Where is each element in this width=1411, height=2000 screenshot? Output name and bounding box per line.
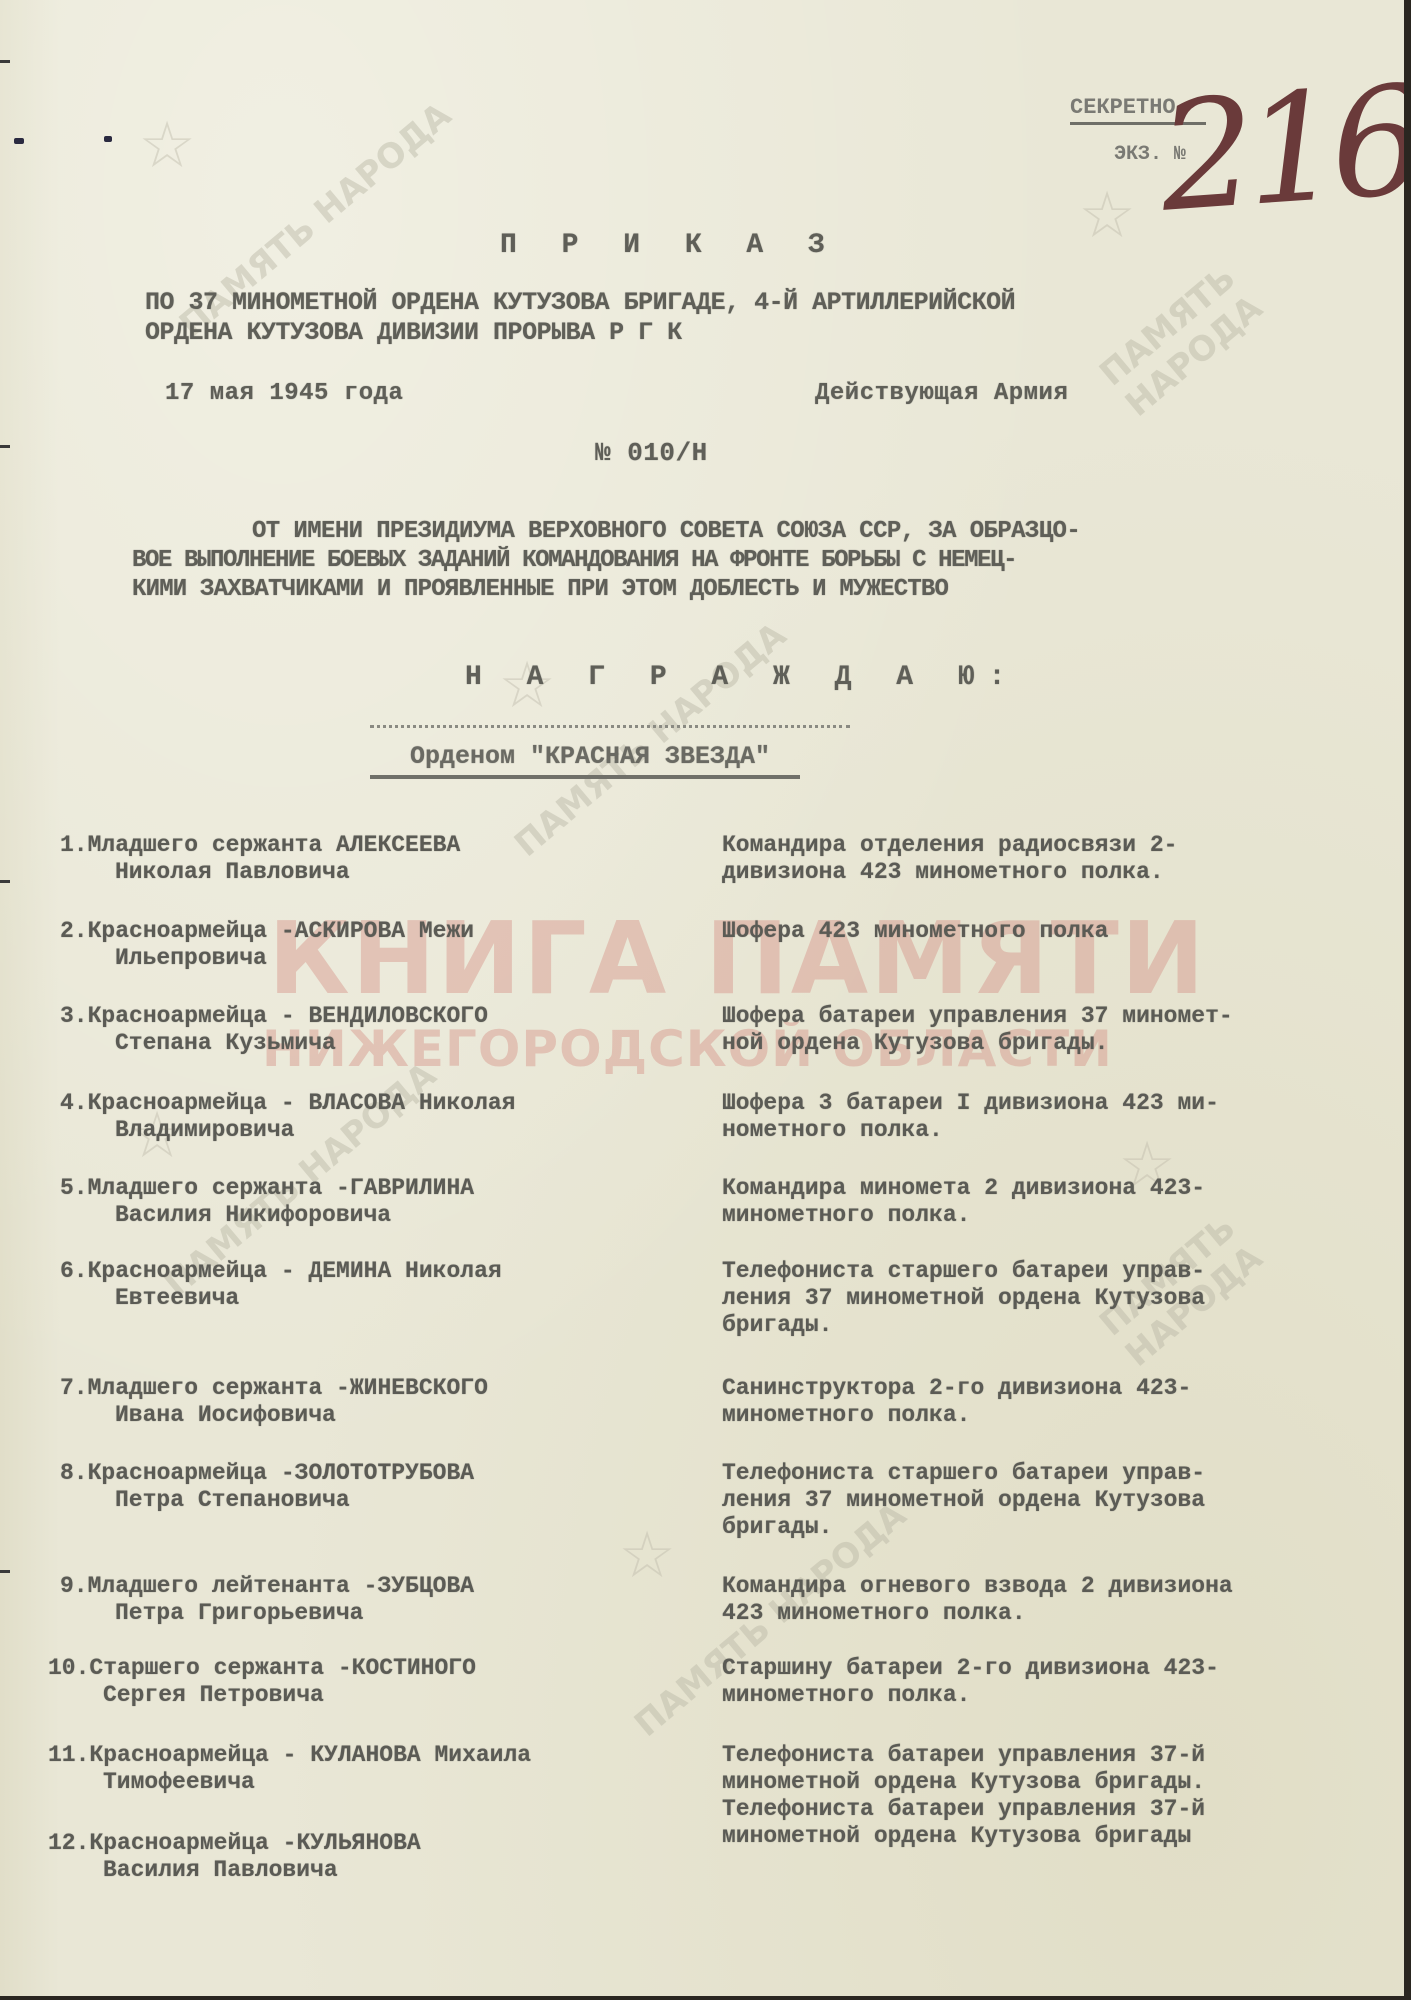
recipient-given-names: Ильепровича xyxy=(60,945,700,972)
position-line: Командира отделения радиосвязи 2- xyxy=(722,832,1392,859)
position-line: Телефониста старшего батареи управ- xyxy=(722,1258,1392,1285)
recipient-given-names: Петра Григорьевича xyxy=(60,1600,700,1627)
recipient-position: Командира отделения радиосвязи 2- дивизи… xyxy=(722,832,1392,886)
preamble-line-1: ОТ ИМЕНИ ПРЕЗИДИУМА ВЕРХОВНОГО СОВЕТА СО… xyxy=(252,518,1080,545)
position-line: ления 37 минометной ордена Кутузова xyxy=(722,1487,1392,1514)
recipient-given-names: Ивана Иосифовича xyxy=(60,1402,700,1429)
recipient-rank-name: 5.Младшего сержанта -ГАВРИЛИНА xyxy=(60,1175,700,1202)
recipient-entry: 3.Красноармейца - ВЕНДИЛОВСКОГО Степана … xyxy=(60,1003,700,1057)
recipient-rank-name: 11.Красноармейца - КУЛАНОВА Михаила xyxy=(48,1742,688,1769)
position-line: минометной ордена Кутузова бригады xyxy=(722,1823,1392,1850)
position-line: Шофера 423 минометного полка xyxy=(722,918,1392,945)
position-line: минометного полка. xyxy=(722,1202,1392,1229)
recipient-position: Командира миномета 2 дивизиона 423- мино… xyxy=(722,1175,1392,1229)
position-line: дивизиона 423 минометного полка. xyxy=(722,859,1392,886)
recipient-rank-name: 10.Старшего сержанта -КОСТИНОГО xyxy=(48,1655,688,1682)
recipient-rank-name: 4.Красноармейца - ВЛАСОВА Николая xyxy=(60,1090,700,1117)
award-heading: Н А Г Р А Ж Д А Ю: xyxy=(465,662,1019,693)
recipient-position: Шофера 423 минометного полка xyxy=(722,918,1392,945)
position-line: минометного полка. xyxy=(722,1402,1392,1429)
recipient-rank-name: 6.Красноармейца - ДЕМИНА Николая xyxy=(60,1258,700,1285)
recipient-entry: 10.Старшего сержанта -КОСТИНОГО Сергея П… xyxy=(48,1655,688,1709)
dotted-divider xyxy=(370,725,850,728)
recipient-rank-name: 1.Младшего сержанта АЛЕКСЕЕВА xyxy=(60,832,700,859)
position-line: Телефониста батареи управления 37-й xyxy=(722,1742,1392,1769)
recipient-entry: 2.Красноармейца -АСКИРОВА Межи Ильепрови… xyxy=(60,918,700,972)
star-watermark-icon: ☆ xyxy=(140,100,230,190)
recipient-given-names: Николая Павловича xyxy=(60,859,700,886)
recipient-rank-name: 9.Младшего лейтенанта -ЗУБЦОВА xyxy=(60,1573,700,1600)
recipient-entry: 9.Младшего лейтенанта -ЗУБЦОВА Петра Гри… xyxy=(60,1573,700,1627)
order-number: № 010/Н xyxy=(595,438,708,468)
position-line: Командира огневого взвода 2 дивизиона xyxy=(722,1573,1392,1600)
recipient-entry: 7.Младшего сержанта -ЖИНЕВСКОГО Ивана Ио… xyxy=(60,1375,700,1429)
star-watermark-icon: ☆ xyxy=(1080,170,1170,260)
recipient-rank-name: 8.Красноармейца -ЗОЛОТОТРУБОВА xyxy=(60,1460,700,1487)
document-title: П Р И К А З xyxy=(500,230,839,261)
position-line: бригады. xyxy=(722,1312,1392,1339)
recipient-given-names: Сергея Петровича xyxy=(48,1682,688,1709)
position-line: 423 минометного полка. xyxy=(722,1600,1392,1627)
recipient-position: Шофера батареи управления 37 миномет- но… xyxy=(722,1003,1392,1057)
position-line: Шофера батареи управления 37 миномет- xyxy=(722,1003,1392,1030)
position-line: Старшину батареи 2-го дивизиона 423- xyxy=(722,1655,1392,1682)
order-of-red-star-heading: Орденом "КРАСНАЯ ЗВЕЗДА" xyxy=(370,742,800,779)
recipient-position: Старшину батареи 2-го дивизиона 423- мин… xyxy=(722,1655,1392,1709)
recipient-given-names: Петра Степановича xyxy=(60,1487,700,1514)
organization-line-2: ОРДЕНА КУТУЗОВА ДИВИЗИИ ПРОРЫВА Р Г К xyxy=(145,318,682,347)
recipient-entry: 5.Младшего сержанта -ГАВРИЛИНА Василия Н… xyxy=(60,1175,700,1229)
recipient-given-names: Евтеевича xyxy=(60,1285,700,1312)
recipient-rank-name: 2.Красноармейца -АСКИРОВА Межи xyxy=(60,918,700,945)
position-line: ления 37 минометной ордена Кутузова xyxy=(722,1285,1392,1312)
recipient-position: Шофера 3 батареи I дивизиона 423 ми- ном… xyxy=(722,1090,1392,1144)
recipient-position: Санинструктора 2-го дивизиона 423- мином… xyxy=(722,1375,1392,1429)
recipient-rank-name: 3.Красноармейца - ВЕНДИЛОВСКОГО xyxy=(60,1003,700,1030)
position-line: Шофера 3 батареи I дивизиона 423 ми- xyxy=(722,1090,1392,1117)
position-line: нометного полка. xyxy=(722,1117,1392,1144)
position-line: Санинструктора 2-го дивизиона 423- xyxy=(722,1375,1392,1402)
edge-mark xyxy=(0,880,10,883)
recipient-position: Командира огневого взвода 2 дивизиона 42… xyxy=(722,1573,1392,1627)
position-line: Командира миномета 2 дивизиона 423- xyxy=(722,1175,1392,1202)
document-page: ☆ ПАМЯТЬ НАРОДА ☆ ПАМЯТЬ НАРОДА ☆ ПАМЯТЬ… xyxy=(0,0,1404,1996)
edge-mark xyxy=(0,1570,10,1573)
order-location: Действующая Армия xyxy=(815,380,1068,407)
recipient-entry: 1.Младшего сержанта АЛЕКСЕЕВА Николая Па… xyxy=(60,832,700,886)
recipient-entry: 11.Красноармейца - КУЛАНОВА Михаила Тимо… xyxy=(48,1742,688,1796)
recipient-entry: 8.Красноармейца -ЗОЛОТОТРУБОВА Петра Сте… xyxy=(60,1460,700,1514)
recipient-given-names: Василия Павловича xyxy=(48,1857,688,1884)
recipient-position: Телефониста старшего батареи управ- лени… xyxy=(722,1460,1392,1541)
position-line: Телефониста батареи управления 37-й xyxy=(722,1796,1392,1823)
position-line: Телефониста старшего батареи управ- xyxy=(722,1460,1392,1487)
position-line: минометного полка. xyxy=(722,1682,1392,1709)
preamble-line-2: ВОЕ ВЫПОЛНЕНИЕ БОЕВЫХ ЗАДАНИЙ КОМАНДОВАН… xyxy=(132,547,1016,574)
organization-line-1: ПО 37 МИНОМЕТНОЙ ОРДЕНА КУТУЗОВА БРИГАДЕ… xyxy=(145,288,1015,317)
recipient-rank-name: 12.Красноармейца -КУЛЬЯНОВА xyxy=(48,1830,688,1857)
recipient-given-names: Тимофеевича xyxy=(48,1769,688,1796)
recipient-given-names: Василия Никифоровича xyxy=(60,1202,700,1229)
recipient-position: Телефониста старшего батареи управ- лени… xyxy=(722,1258,1392,1339)
recipient-position: Телефониста батареи управления 37-й мино… xyxy=(722,1742,1392,1850)
recipient-given-names: Степана Кузьмича xyxy=(60,1030,700,1057)
handwritten-number: 216 xyxy=(1155,66,1404,234)
preamble-line-3: КИМИ ЗАХВАТЧИКАМИ И ПРОЯВЛЕННЫЕ ПРИ ЭТОМ… xyxy=(132,576,948,603)
recipient-entry: 12.Красноармейца -КУЛЬЯНОВА Василия Павл… xyxy=(48,1830,688,1884)
punch-hole-mark xyxy=(14,138,24,144)
position-line: бригады. xyxy=(722,1514,1392,1541)
recipient-rank-name: 7.Младшего сержанта -ЖИНЕВСКОГО xyxy=(60,1375,700,1402)
position-line: минометной ордена Кутузова бригады. xyxy=(722,1769,1392,1796)
edge-mark xyxy=(0,445,10,448)
punch-hole-mark xyxy=(104,136,112,142)
order-date: 17 мая 1945 года xyxy=(165,380,403,407)
recipient-entry: 6.Красноармейца - ДЕМИНА Николая Евтееви… xyxy=(60,1258,700,1312)
position-line: ной ордена Кутузова бригады. xyxy=(722,1030,1392,1057)
edge-mark xyxy=(0,60,10,63)
recipient-entry: 4.Красноармейца - ВЛАСОВА Николая Владим… xyxy=(60,1090,700,1144)
recipient-given-names: Владимировича xyxy=(60,1117,700,1144)
